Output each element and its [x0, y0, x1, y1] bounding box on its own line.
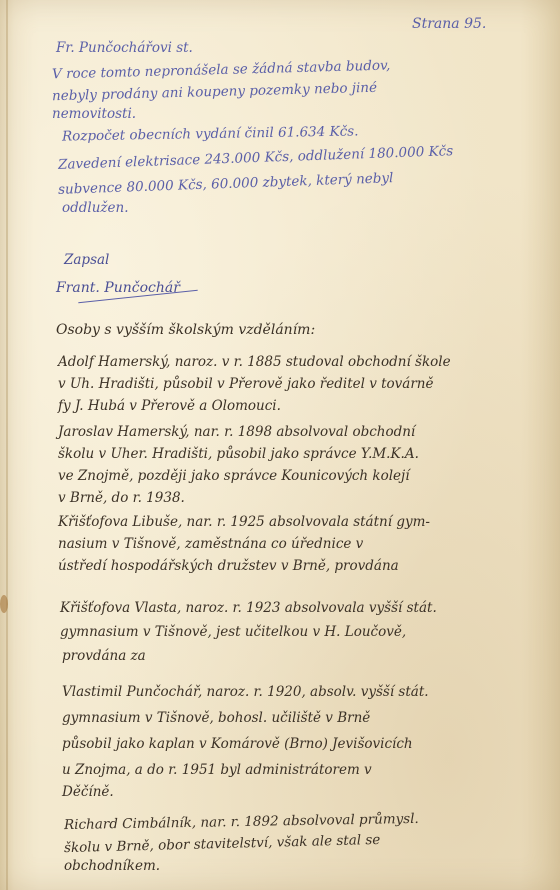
entry-line: gymnasium v Tišnově, jest učitelkou v H.…: [60, 624, 406, 640]
entry-line: obchodníkem.: [64, 858, 160, 874]
entry-line: gymnasium v Tišnově, bohosl. učiliště v …: [62, 710, 370, 726]
section1-line: Zavedení elektrisace 243.000 Kčs, oddluž…: [58, 143, 454, 173]
page-binding-edge: [6, 0, 8, 890]
section1-line: nemovitosti.: [52, 106, 136, 122]
entry-line: Křišťofova Libuše, nar. r. 1925 absolvov…: [58, 514, 430, 530]
entry-line: v Uh. Hradišti, působil v Přerově jako ř…: [58, 376, 434, 392]
entry-line: nasium v Tišnově, zaměstnána co úřednice…: [58, 536, 363, 552]
entry-line: Jaroslav Hamerský, nar. r. 1898 absolvov…: [58, 424, 415, 440]
entry-line: Richard Cimbálník, nar. r. 1892 absolvov…: [64, 811, 419, 833]
section1-line: V roce tomto nepronášela se žádná stavba…: [52, 58, 391, 83]
signature-label: Zapsal: [64, 252, 109, 268]
entry-line: ústředí hospodářských družstev v Brně, p…: [58, 558, 399, 574]
entry-line: provdána za: [62, 648, 146, 664]
entry-line: školu v Uher. Hradišti, působil jako spr…: [58, 446, 419, 462]
entry-line: Křišťofova Vlasta, naroz. r. 1923 absolv…: [60, 600, 437, 616]
entry-line: v Brně, do r. 1938.: [58, 490, 185, 506]
section2-heading: Osoby s vyšším školským vzděláním:: [56, 322, 315, 338]
entry-line: ve Znojmě, později jako správce Kounicov…: [58, 468, 410, 484]
entry-line: Vlastimil Punčochář, naroz. r. 1920, abs…: [62, 684, 429, 700]
section1-line: subvence 80.000 Kčs, 60.000 zbytek, kter…: [58, 170, 394, 198]
section1-line: Rozpočet obecních vydání činil 61.634 Kč…: [62, 123, 359, 144]
section1-line: nebyly prodány ani koupeny pozemky nebo …: [52, 80, 377, 105]
entry-line: fy J. Hubá v Přerově a Olomouci.: [58, 398, 281, 414]
section1-heading: Fr. Punčochářovi st.: [56, 40, 193, 56]
page-number: Strana 95.: [412, 16, 486, 32]
entry-line: působil jako kaplan v Komárově (Brno) Je…: [62, 736, 413, 752]
entry-line: školu v Brně, obor stavitelství, však al…: [64, 832, 381, 856]
handwritten-chronicle-page: Strana 95. Fr. Punčochářovi st. V roce t…: [0, 0, 560, 890]
section1-line: oddlužen.: [62, 200, 129, 216]
entry-line: Adolf Hamerský, naroz. v r. 1885 studova…: [58, 354, 451, 370]
entry-line: Děčíně.: [62, 784, 114, 800]
entry-line: u Znojma, a do r. 1951 byl administrátor…: [62, 762, 372, 778]
paper-stain: [0, 595, 8, 613]
